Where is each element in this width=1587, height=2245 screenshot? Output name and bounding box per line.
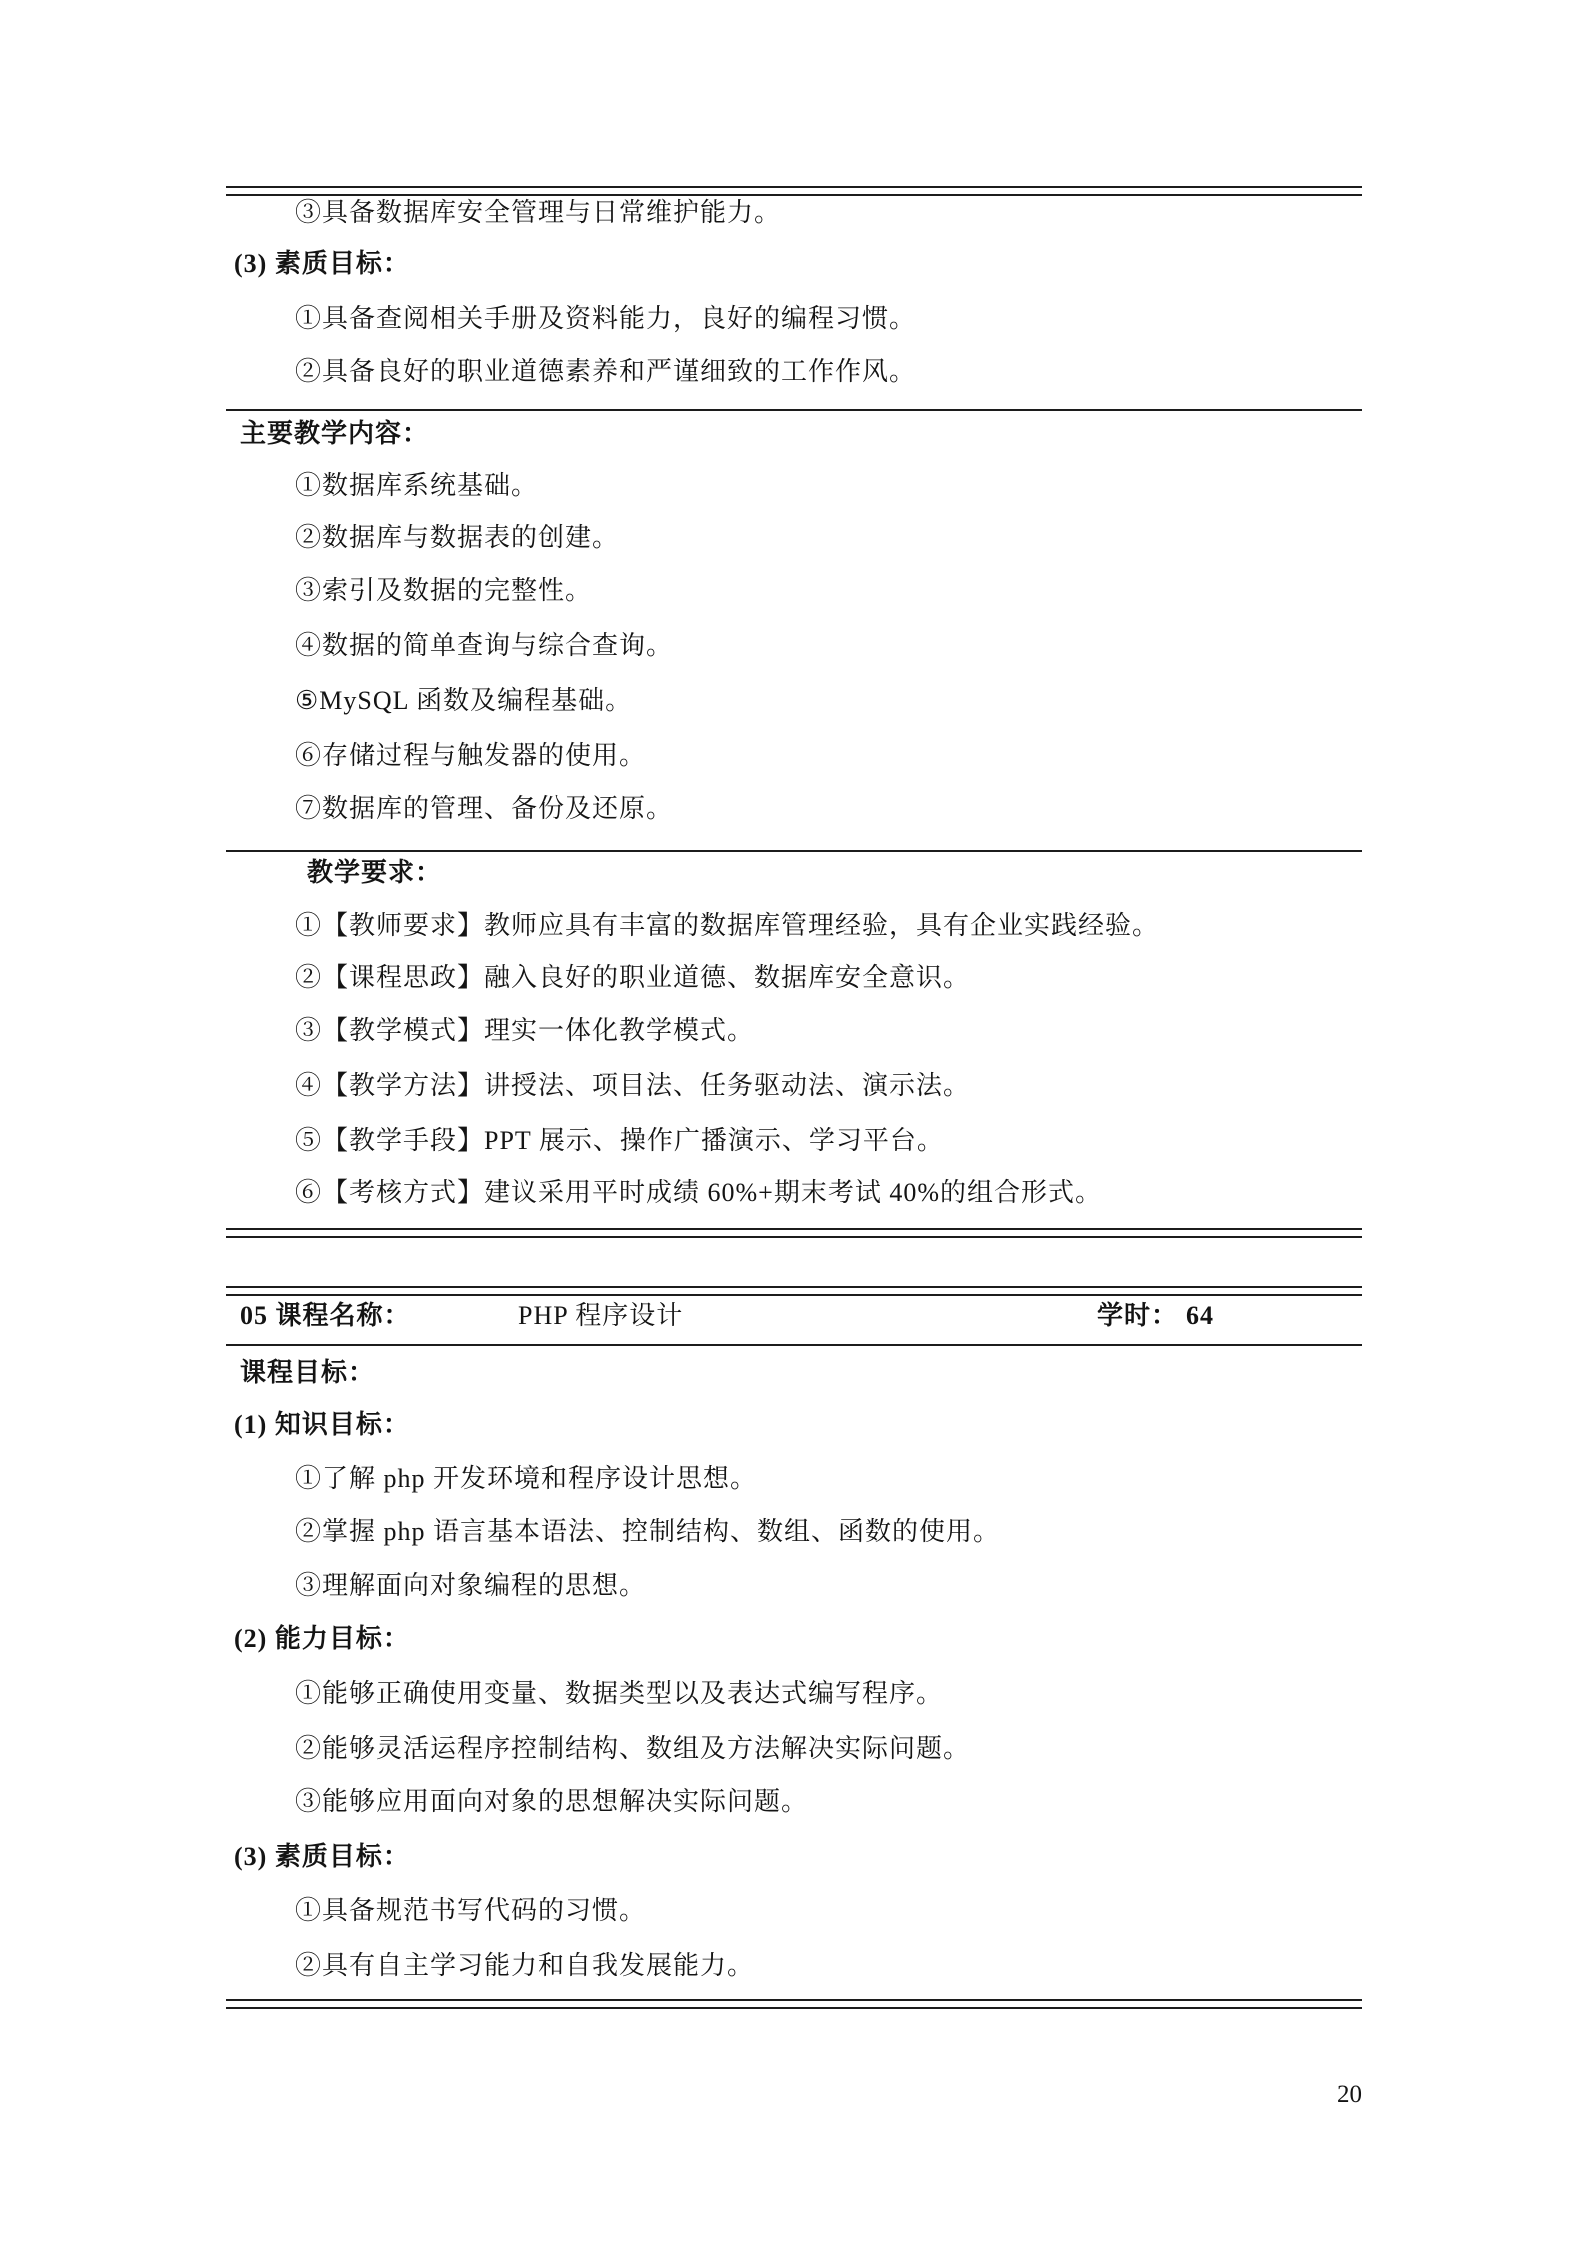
table1-top-border (226, 186, 1362, 196)
list-item: ②具备良好的职业道德素养和严谨细致的工作作风。 (295, 358, 916, 386)
list-item: ①了解 php 开发环境和程序设计思想。 (295, 1465, 757, 1493)
course-hours-value: 64 (1186, 1301, 1214, 1330)
list-item: ⑥【考核方式】建议采用平时成绩 60%+期末考试 40%的组合形式。 (295, 1179, 1102, 1207)
list-item: ②掌握 php 语言基本语法、控制结构、数组、函数的使用。 (295, 1518, 1000, 1546)
list-item: ①具备规范书写代码的习惯。 (295, 1897, 646, 1925)
ability-goal-title: (2) 能力目标： (234, 1625, 410, 1653)
list-item: ⑤【教学手段】PPT 展示、操作广播演示、学习平台。 (295, 1127, 944, 1155)
course-hours-label: 学时： (1097, 1301, 1178, 1330)
list-item: ②具有自主学习能力和自我发展能力。 (295, 1952, 754, 1980)
list-item: ①具备查阅相关手册及资料能力，良好的编程习惯。 (295, 305, 916, 333)
list-item: ③【教学模式】理实一体化教学模式。 (295, 1017, 754, 1045)
course-hours: 学时：64 (1097, 1302, 1214, 1330)
list-item: ⑥存储过程与触发器的使用。 (295, 742, 646, 770)
page-content: ③具备数据库安全管理与日常维护能力。 (3) 素质目标： ①具备查阅相关手册及资… (226, 0, 1362, 2245)
list-item: ③索引及数据的完整性。 (295, 577, 592, 605)
course-name-label: 05 课程名称： (240, 1302, 411, 1330)
quality-goal-title: (3) 素质目标： (234, 1843, 410, 1871)
row-divider (226, 1344, 1362, 1346)
row-divider (226, 409, 1362, 411)
list-item: ④数据的简单查询与综合查询。 (295, 632, 673, 660)
teaching-requirements-title: 教学要求： (307, 859, 442, 887)
teaching-content-title: 主要教学内容： (240, 420, 429, 448)
table2-top-border (226, 1286, 1362, 1296)
list-item: ③能够应用面向对象的思想解决实际问题。 (295, 1788, 808, 1816)
row-divider (226, 850, 1362, 852)
list-item: ③理解面向对象编程的思想。 (295, 1572, 646, 1600)
list-item: ①【教师要求】教师应具有丰富的数据库管理经验，具有企业实践经验。 (295, 912, 1159, 940)
document-page: ③具备数据库安全管理与日常维护能力。 (3) 素质目标： ①具备查阅相关手册及资… (0, 0, 1587, 2245)
list-item: ⑤MySQL 函数及编程基础。 (295, 687, 632, 715)
table1-bottom-border (226, 1228, 1362, 1238)
page-number: 20 (1240, 2082, 1362, 2108)
knowledge-goal-title: (1) 知识目标： (234, 1411, 410, 1439)
list-item: ④【教学方法】讲授法、项目法、任务驱动法、演示法。 (295, 1072, 970, 1100)
table2-bottom-border (226, 1999, 1362, 2009)
list-item: ⑦数据库的管理、备份及还原。 (295, 795, 673, 823)
list-item: ②【课程思政】融入良好的职业道德、数据库安全意识。 (295, 964, 970, 992)
quality-goal-title: (3) 素质目标： (234, 250, 410, 278)
course-goals-title: 课程目标： (240, 1359, 375, 1387)
list-item: ①能够正确使用变量、数据类型以及表达式编写程序。 (295, 1680, 943, 1708)
list-item: ②能够灵活运程序控制结构、数组及方法解决实际问题。 (295, 1735, 970, 1763)
course-name-value: PHP 程序设计 (518, 1302, 683, 1330)
list-item: ①数据库系统基础。 (295, 472, 538, 500)
list-item: ②数据库与数据表的创建。 (295, 524, 619, 552)
list-item: ③具备数据库安全管理与日常维护能力。 (295, 199, 781, 227)
